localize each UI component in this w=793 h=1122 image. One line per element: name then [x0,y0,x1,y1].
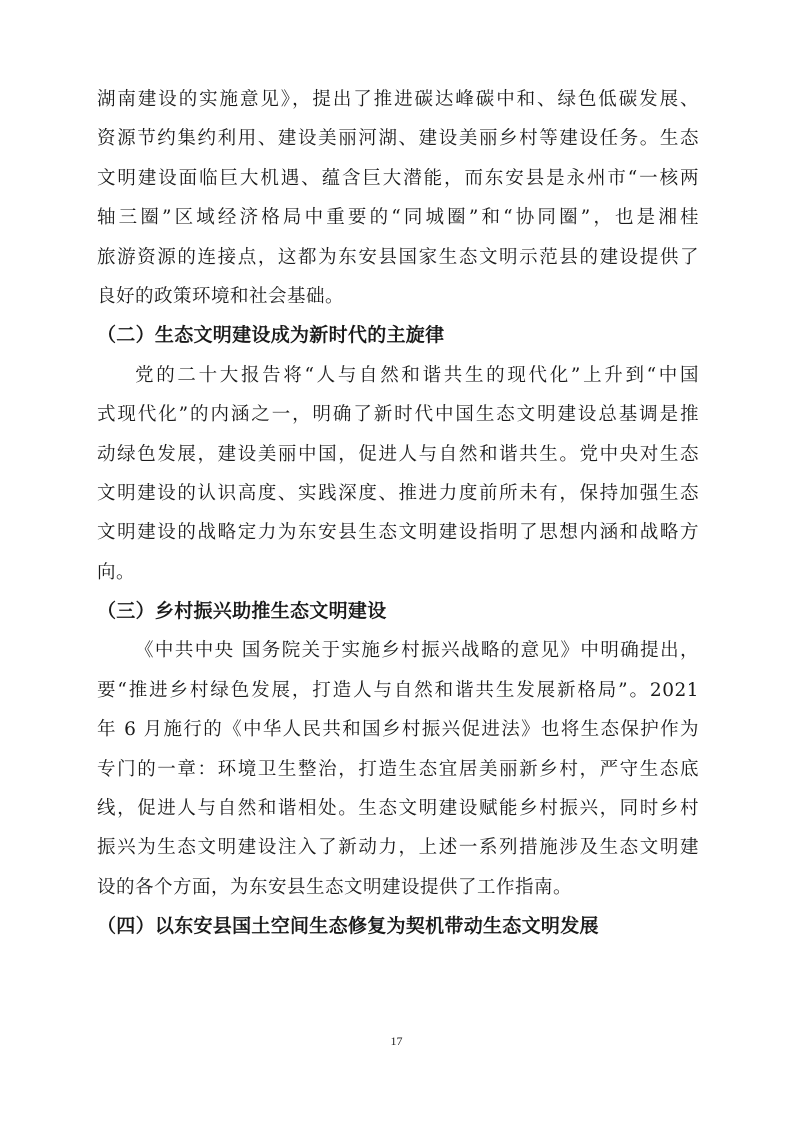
text-line: 设的各个方面，为东安县生态文明建设提供了工作指南。 [97,868,699,907]
section-heading-4: （四）以东安县国土空间生态修复为契机带动生态文明发展 [97,907,699,946]
paragraph-section-2: 党的二十大报告将“人与自然和谐共生的现代化”上升到“中国 式现代化”的内涵之一，… [97,356,699,592]
text-line: 线，促进人与自然和谐相处。生态文明建设赋能乡村振兴，同时乡村 [97,789,699,828]
paragraph-section-3: 《中共中央 国务院关于实施乡村振兴战略的意见》中明确提出， 要“推进乡村绿色发展… [97,631,699,907]
text-line: 年 6 月施行的《中华人民共和国乡村振兴促进法》也将生态保护作为 [97,710,699,749]
text-line: 专门的一章：环境卫生整治，打造生态宜居美丽新乡村，严守生态底 [97,750,699,789]
text-line: 向。 [97,553,699,592]
section-heading-2: （二）生态文明建设成为新时代的主旋律 [97,316,699,355]
text-line: 良好的政策环境和社会基础。 [97,277,699,316]
text-line: 资源节约集约利用、建设美丽河湖、建设美丽乡村等建设任务。生态 [97,119,699,158]
text-line: 文明建设的战略定力为东安县生态文明建设指明了思想内涵和战略方 [97,513,699,552]
text-line: 党的二十大报告将“人与自然和谐共生的现代化”上升到“中国 [97,356,699,395]
text-line: 《中共中央 国务院关于实施乡村振兴战略的意见》中明确提出， [97,631,699,670]
paragraph-continuation: 湖南建设的实施意见》，提出了推进碳达峰碳中和、绿色低碳发展、 资源节约集约利用、… [97,80,699,316]
text-line: 要“推进乡村绿色发展，打造人与自然和谐共生发展新格局”。2021 [97,671,699,710]
text-line: 式现代化”的内涵之一，明确了新时代中国生态文明建设总基调是推 [97,395,699,434]
text-line: 振兴为生态文明建设注入了新动力，上述一系列措施涉及生态文明建 [97,828,699,867]
text-line: 文明建设面临巨大机遇、蕴含巨大潜能，而东安县是永州市“一核两 [97,159,699,198]
text-line: 动绿色发展，建设美丽中国，促进人与自然和谐共生。党中央对生态 [97,435,699,474]
text-line: 旅游资源的连接点，这都为东安县国家生态文明示范县的建设提供了 [97,238,699,277]
page-number: 17 [0,1034,793,1049]
text-line: 文明建设的认识高度、实践深度、推进力度前所未有，保持加强生态 [97,474,699,513]
text-line: 轴三圈”区域经济格局中重要的“同城圈”和“协同圈”，也是湘桂 [97,198,699,237]
document-page: 湖南建设的实施意见》，提出了推进碳达峰碳中和、绿色低碳发展、 资源节约集约利用、… [97,80,699,947]
section-heading-3: （三）乡村振兴助推生态文明建设 [97,592,699,631]
text-line: 湖南建设的实施意见》，提出了推进碳达峰碳中和、绿色低碳发展、 [97,80,699,119]
